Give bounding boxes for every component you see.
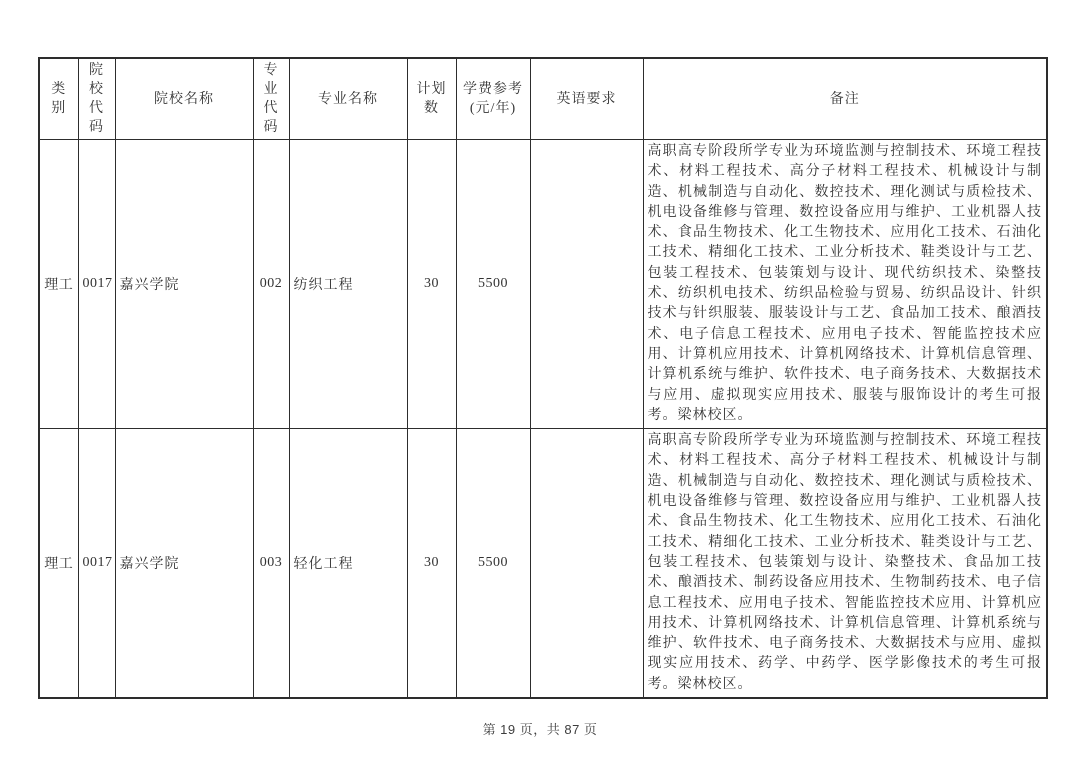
page-number: 第 19 页，共 87 页 — [0, 719, 1080, 738]
cell-college-code: 0017 — [78, 140, 115, 429]
cell-college-name: 嘉兴学院 — [115, 429, 253, 698]
header-major-name: 专业名称 — [289, 58, 407, 140]
cell-major-name: 轻化工程 — [289, 429, 407, 698]
cell-category: 理工 — [39, 429, 78, 698]
cell-college-name: 嘉兴学院 — [115, 140, 253, 429]
cell-tuition: 5500 — [456, 140, 530, 429]
header-remark: 备注 — [643, 58, 1047, 140]
cell-english-req — [530, 140, 643, 429]
header-college-code: 院校 代码 — [78, 58, 115, 140]
document-page: 类别 院校 代码 院校名称 专业 代码 专业名称 计划数 学费参考 (元/年) … — [0, 0, 1080, 764]
header-tuition: 学费参考 (元/年) — [456, 58, 530, 140]
cell-major-name: 纺织工程 — [289, 140, 407, 429]
cell-plan-count: 30 — [407, 140, 456, 429]
table-header-row: 类别 院校 代码 院校名称 专业 代码 专业名称 计划数 学费参考 (元/年) … — [39, 58, 1047, 140]
header-college-name: 院校名称 — [115, 58, 253, 140]
cell-english-req — [530, 429, 643, 698]
cell-category: 理工 — [39, 140, 78, 429]
cell-remark: 高职高专阶段所学专业为环境监测与控制技术、环境工程技术、材料工程技术、高分子材料… — [643, 140, 1047, 429]
table-row: 理工 0017 嘉兴学院 003 轻化工程 30 5500 高职高专阶段所学专业… — [39, 429, 1047, 698]
header-english-req: 英语要求 — [530, 58, 643, 140]
table-row: 理工 0017 嘉兴学院 002 纺织工程 30 5500 高职高专阶段所学专业… — [39, 140, 1047, 429]
cell-major-code: 003 — [253, 429, 289, 698]
cell-remark: 高职高专阶段所学专业为环境监测与控制技术、环境工程技术、材料工程技术、高分子材料… — [643, 429, 1047, 698]
header-major-code: 专业 代码 — [253, 58, 289, 140]
header-category: 类别 — [39, 58, 78, 140]
cell-major-code: 002 — [253, 140, 289, 429]
cell-tuition: 5500 — [456, 429, 530, 698]
cell-plan-count: 30 — [407, 429, 456, 698]
header-plan-count: 计划数 — [407, 58, 456, 140]
admission-plan-table: 类别 院校 代码 院校名称 专业 代码 专业名称 计划数 学费参考 (元/年) … — [38, 57, 1048, 699]
cell-college-code: 0017 — [78, 429, 115, 698]
